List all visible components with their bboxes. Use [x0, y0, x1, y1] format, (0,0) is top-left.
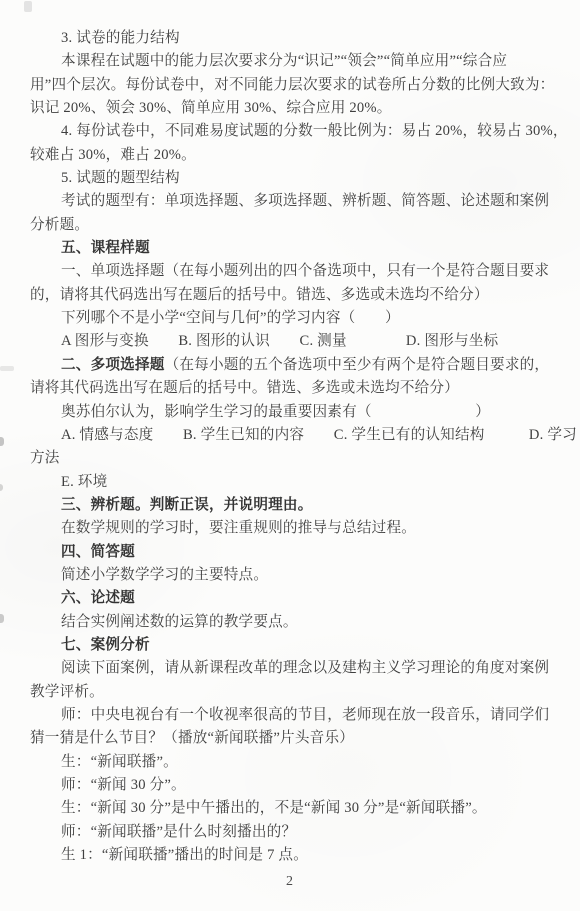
text-segment-bold: 三、辨析题。判断正误，并说明理由。	[61, 497, 313, 513]
text-segment: E. 环境	[61, 474, 107, 490]
text-segment: 请将其代码选出写在题后的括号中。错选、多选或未选均不给分）	[30, 380, 459, 396]
text-line: 四、简答题	[30, 541, 555, 564]
text-segment-bold: 七、案例分析	[61, 637, 150, 653]
page-number: 2	[0, 874, 580, 890]
text-segment: （在每小题的五个备选项中至少有两个是符合题目要求的，	[165, 357, 550, 373]
text-line: 分析题。	[30, 214, 555, 237]
text-line: 4. 每份试卷中，不同难易度试题的分数一般比例为：易占 20%，较易占 30%，	[30, 120, 555, 143]
text-segment: 5. 试题的题型结构	[61, 170, 180, 186]
text-line: 用”四个层次。每份试卷中，对不同能力层次要求的试卷所占分数的比例大致为：	[30, 74, 555, 97]
text-line: 猜一猜是什么节目？（播放“新闻联播”片头音乐）	[30, 727, 555, 750]
text-line: 本课程在试题中的能力层次要求分为“识记”“领会”“简单应用”“综合应	[30, 50, 555, 73]
text-segment: 阅读下面案例，请从新课程改革的理念以及建构主义学习理论的角度对案例	[61, 660, 549, 676]
text-line: 二、多项选择题（在每小题的五个备选项中至少有两个是符合题目要求的，	[30, 354, 555, 377]
text-segment: 分析题。	[30, 217, 89, 233]
text-line: 下列哪个不是小学“空间与几何”的学习内容（ ）	[30, 307, 555, 330]
text-segment: 猜一猜是什么节目？（播放“新闻联播”片头音乐）	[30, 730, 354, 746]
text-segment: 简述小学数学学习的主要特点。	[61, 567, 268, 583]
text-segment: 在数学规则的学习时，要注重规则的推导与总结过程。	[61, 520, 416, 536]
text-line: A 图形与变换 B. 图形的认识 C. 测量 D. 图形与坐标	[30, 330, 555, 353]
text-segment: 较难占 30%，难占 20%。	[30, 147, 196, 163]
text-segment: 师：“新闻联播”是什么时刻播出的？	[61, 824, 296, 840]
text-line: 请将其代码选出写在题后的括号中。错选、多选或未选均不给分）	[30, 377, 555, 400]
text-segment: 考试的题型有：单项选择题、多项选择题、辨析题、简答题、论述题和案例	[61, 193, 549, 209]
scan-artifact	[24, 1, 32, 12]
text-line: 考试的题型有：单项选择题、多项选择题、辨析题、简答题、论述题和案例	[30, 190, 555, 213]
text-segment-bold: 六、论述题	[61, 590, 135, 606]
text-line: 生 1：“新闻联播”播出的时间是 7 点。	[30, 844, 555, 867]
text-line: 奥苏伯尔认为，影响学生学习的最重要因素有（ ）	[30, 401, 555, 424]
text-line: 的，请将其代码选出写在题后的括号中。错选、多选或未选均不给分）	[30, 284, 555, 307]
text-segment-bold: 二、多项选择题	[61, 357, 165, 373]
text-segment: 用”四个层次。每份试卷中，对不同能力层次要求的试卷所占分数的比例大致为：	[30, 77, 554, 93]
text-line: 师：中央电视台有一个收视率很高的节目，老师现在放一段音乐，请同学们	[30, 704, 555, 727]
text-line: 六、论述题	[30, 587, 555, 610]
text-line: 3. 试卷的能力结构	[30, 27, 555, 50]
text-line: 简述小学数学学习的主要特点。	[30, 564, 555, 587]
text-line: 三、辨析题。判断正误，并说明理由。	[30, 494, 555, 517]
text-segment: A 图形与变换 B. 图形的认识 C. 测量 D. 图形与坐标	[61, 333, 498, 349]
text-segment-bold: 四、简答题	[61, 544, 135, 560]
text-line: E. 环境	[30, 471, 555, 494]
text-line: 较难占 30%，难占 20%。	[30, 144, 555, 167]
text-line: 结合实例阐述数的运算的教学要点。	[30, 611, 555, 634]
text-segment-bold: 五、课程样题	[61, 240, 150, 256]
document-page: 3. 试卷的能力结构本课程在试题中的能力层次要求分为“识记”“领会”“简单应用”…	[0, 0, 580, 911]
text-segment: A. 情感与态度 B. 学生已知的内容 C. 学生已有的认知结构 D. 学习	[61, 427, 577, 443]
text-segment: 3. 试卷的能力结构	[61, 30, 180, 46]
text-segment: 生：“新闻 30 分”是中午播出的，不是“新闻 30 分”是“新闻联播”。	[61, 800, 487, 816]
text-line: 识记 20%、领会 30%、简单应用 30%、综合应用 20%。	[30, 97, 555, 120]
text-segment: 一、单项选择题（在每小题列出的四个备选项中，只有一个是符合题目要求	[61, 263, 549, 279]
text-segment: 下列哪个不是小学“空间与几何”的学习内容（ ）	[61, 310, 400, 326]
text-line: 师：“新闻 30 分”。	[30, 774, 555, 797]
text-line: 在数学规则的学习时，要注重规则的推导与总结过程。	[30, 517, 555, 540]
scan-artifact	[0, 614, 4, 623]
scan-artifact	[0, 484, 3, 491]
text-segment: 方法	[30, 450, 60, 466]
text-line: A. 情感与态度 B. 学生已知的内容 C. 学生已有的认知结构 D. 学习	[30, 424, 555, 447]
text-segment: 4. 每份试卷中，不同难易度试题的分数一般比例为：易占 20%，较易占 30%，	[61, 123, 568, 139]
text-line: 阅读下面案例，请从新课程改革的理念以及建构主义学习理论的角度对案例	[30, 657, 555, 680]
text-line: 五、课程样题	[30, 237, 555, 260]
text-line: 方法	[30, 447, 555, 470]
text-line: 教学评析。	[30, 681, 555, 704]
text-segment: 奥苏伯尔认为，影响学生学习的最重要因素有（ ）	[61, 404, 490, 420]
text-segment: 识记 20%、领会 30%、简单应用 30%、综合应用 20%。	[30, 100, 392, 116]
scan-artifact	[0, 366, 14, 371]
text-segment: 师：中央电视台有一个收视率很高的节目，老师现在放一段音乐，请同学们	[61, 707, 549, 723]
text-line: 生：“新闻联播”。	[30, 751, 555, 774]
text-line: 一、单项选择题（在每小题列出的四个备选项中，只有一个是符合题目要求	[30, 260, 555, 283]
text-segment: 生：“新闻联播”。	[61, 754, 178, 770]
text-line: 七、案例分析	[30, 634, 555, 657]
text-segment: 的，请将其代码选出写在题后的括号中。错选、多选或未选均不给分）	[30, 287, 489, 303]
text-segment: 生 1：“新闻联播”播出的时间是 7 点。	[61, 847, 308, 863]
text-line: 师：“新闻联播”是什么时刻播出的？	[30, 821, 555, 844]
text-segment: 结合实例阐述数的运算的教学要点。	[61, 614, 298, 630]
text-segment: 本课程在试题中的能力层次要求分为“识记”“领会”“简单应用”“综合应	[61, 53, 507, 69]
text-segment: 教学评析。	[30, 684, 104, 700]
document-body: 3. 试卷的能力结构本课程在试题中的能力层次要求分为“识记”“领会”“简单应用”…	[30, 27, 555, 867]
text-line: 5. 试题的题型结构	[30, 167, 555, 190]
text-line: 生：“新闻 30 分”是中午播出的，不是“新闻 30 分”是“新闻联播”。	[30, 797, 555, 820]
scan-artifact	[0, 437, 4, 446]
text-segment: 师：“新闻 30 分”。	[61, 777, 186, 793]
